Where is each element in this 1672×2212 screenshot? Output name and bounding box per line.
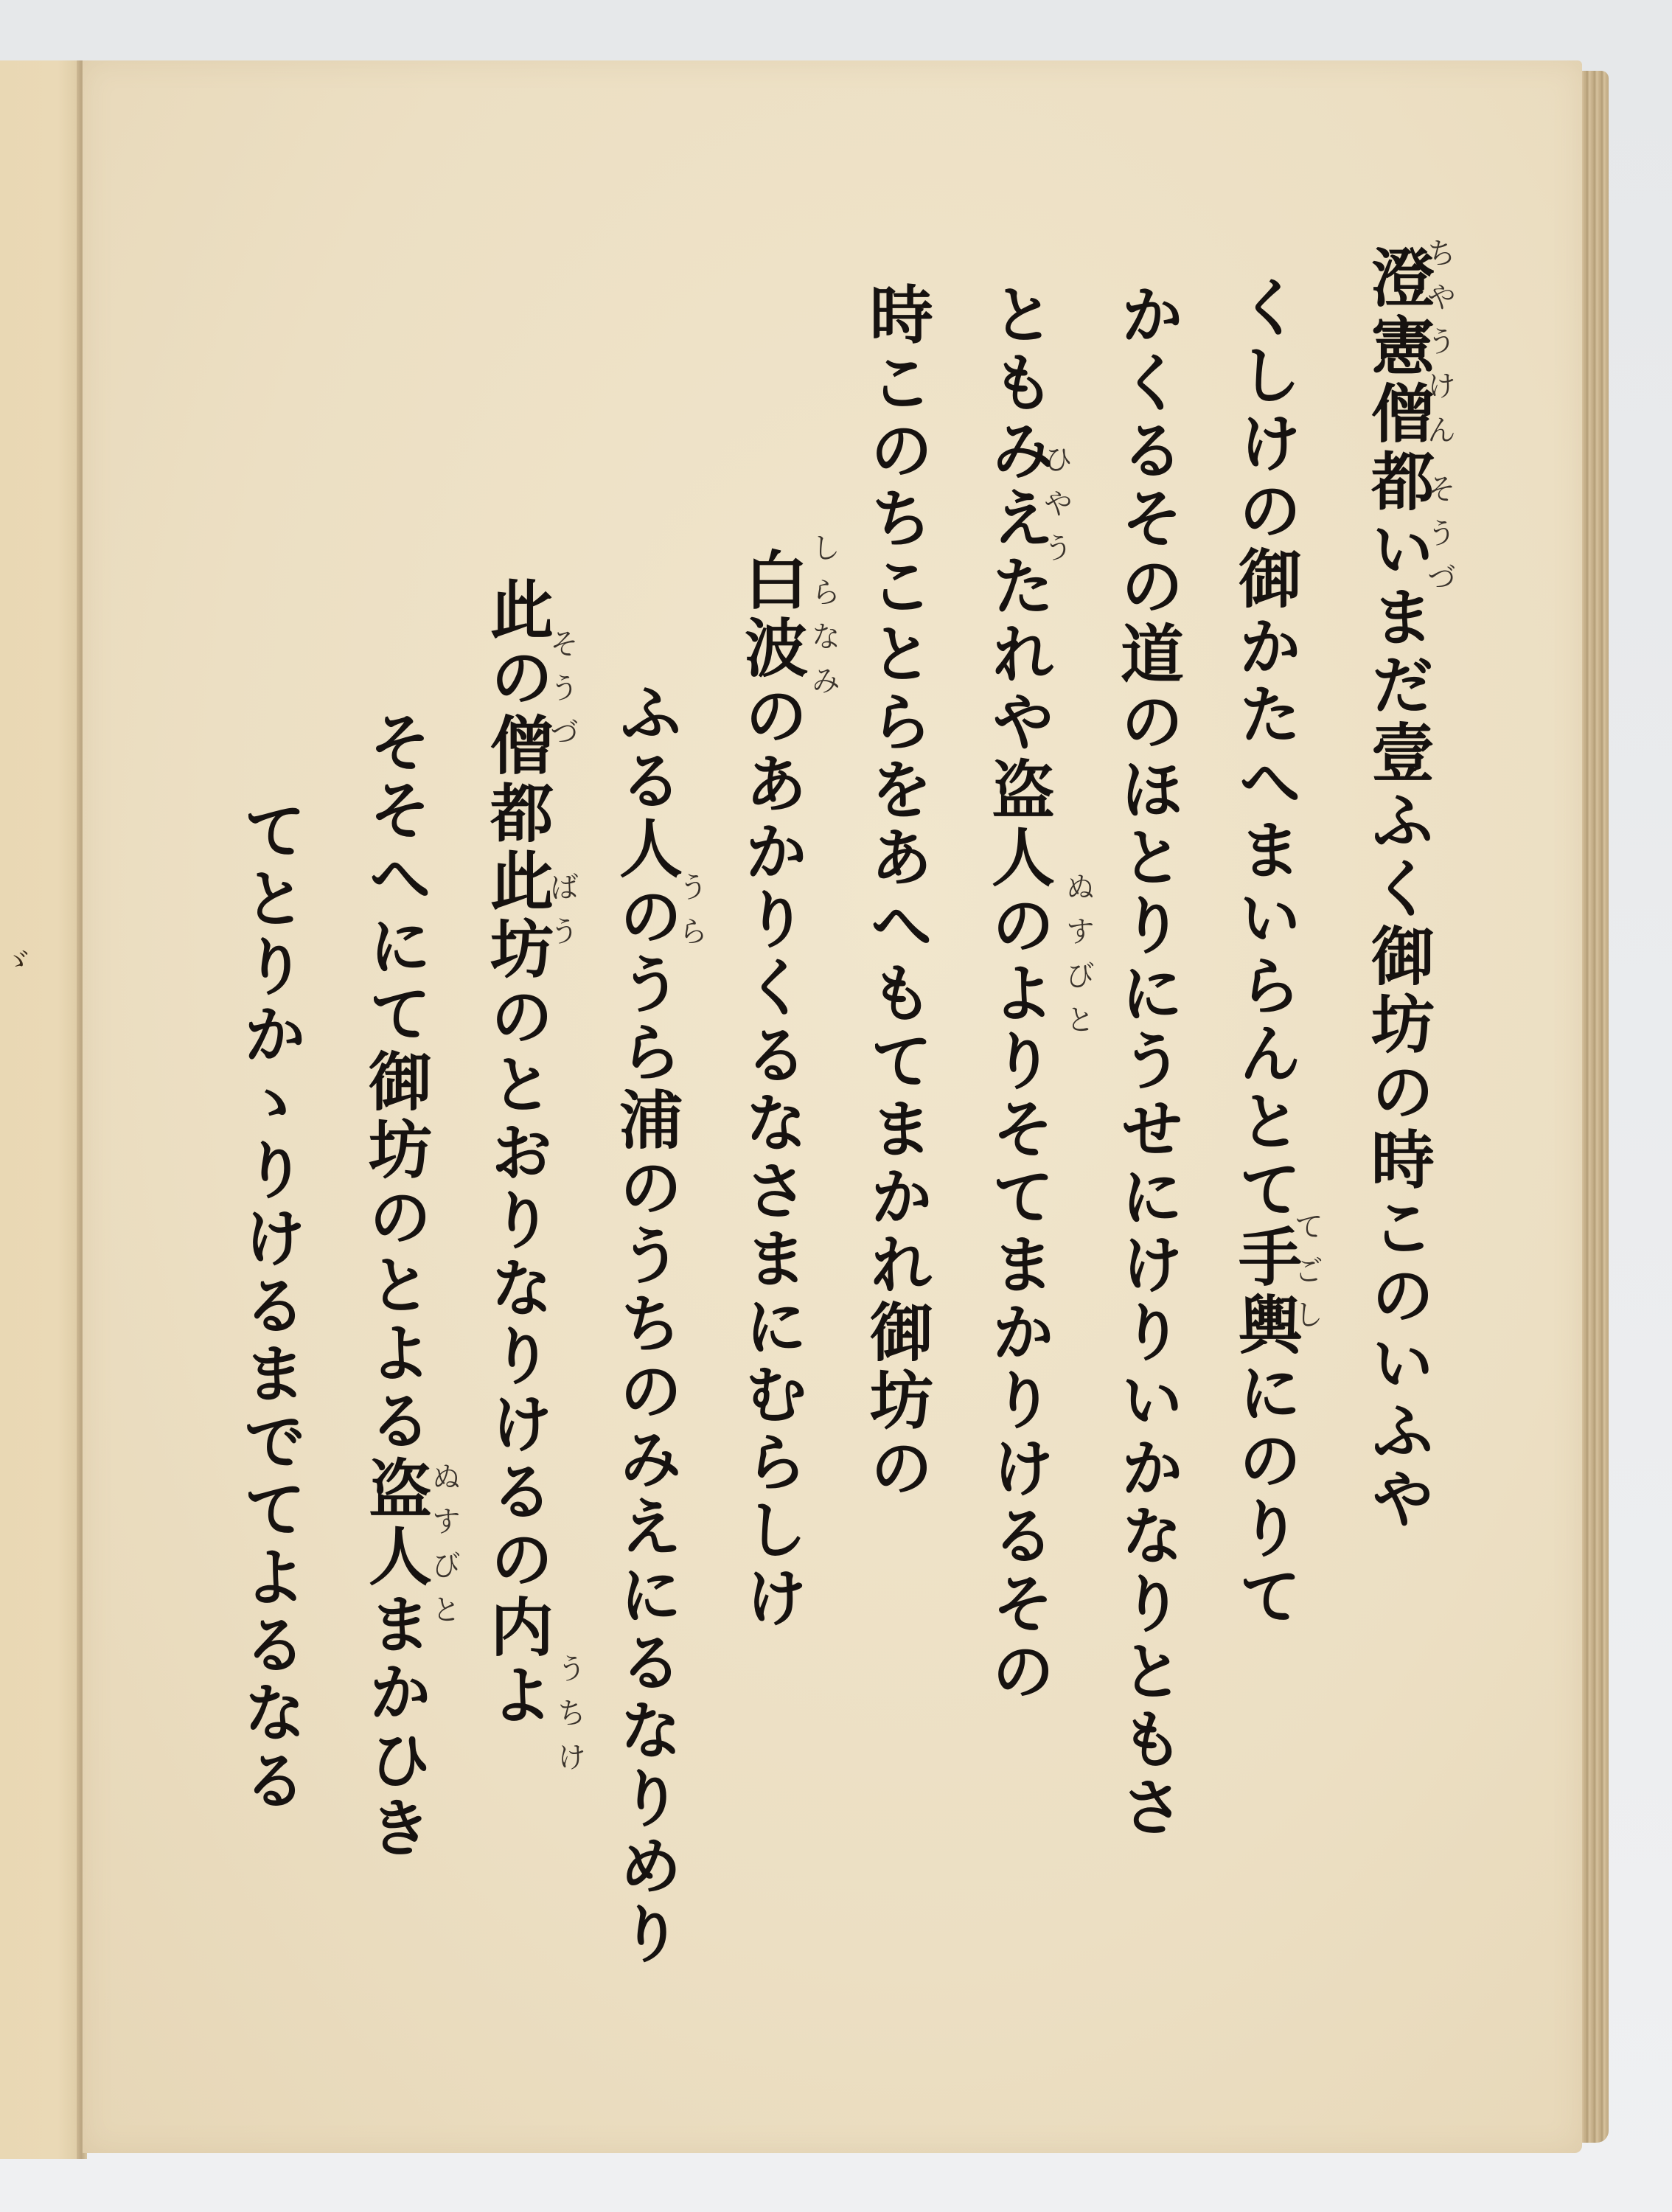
furigana-1: ちやうけん <box>1424 237 1454 459</box>
text-column-9: そそへにて御坊のとよる盗人まかひき <box>363 709 426 1863</box>
furigana-4: てごし <box>1292 1211 1321 1343</box>
text-column-3: かくるその道のほとりにうせにけりいかなりともさ <box>1115 282 1178 1842</box>
furigana-8: そうづ <box>547 628 577 761</box>
furigana-2: そうづ <box>1424 473 1454 606</box>
text-column-5: 時このちことらをあへもてまかれ御坊の <box>864 282 927 1503</box>
furigana-7: うら <box>676 872 706 960</box>
left-page-edge: ゞ <box>0 60 83 2159</box>
right-page: 澄憲僧都いまだ壹ふく御坊の時このいふや ちやうけん そうづ ひやう くしけの御か… <box>83 60 1582 2153</box>
text-column-8: 此の僧都此坊のとおりなりけるの内よ <box>484 577 548 1730</box>
page-stack-edges <box>1578 71 1609 2143</box>
text-column-4: ともみえたれや盗人のよりそてまかりけるその <box>986 282 1049 1706</box>
furigana-5: ぬすびと <box>1063 872 1093 1048</box>
text-column-7: ふる人のうら浦のうちのみえにるなりめり <box>613 680 677 1969</box>
text-column-2: くしけの御かたへまいらんとて手輿にのりて <box>1233 274 1296 1631</box>
furigana-11: ぬすびと <box>429 1461 459 1638</box>
furigana-10: うちけ <box>554 1653 584 1786</box>
furigana-9: ばう <box>547 872 577 960</box>
text-column-6: 白波のあかりくるなさまにむらしけ <box>739 547 802 1632</box>
left-page-mark: ゞ <box>3 938 32 980</box>
text-column-10: てとりかゝりけるまでてよるなる <box>237 798 301 1815</box>
text-column-1: 澄憲僧都いまだ壹ふく御坊の時このいふや <box>1365 245 1429 1534</box>
furigana-6: しらなみ <box>809 532 838 709</box>
